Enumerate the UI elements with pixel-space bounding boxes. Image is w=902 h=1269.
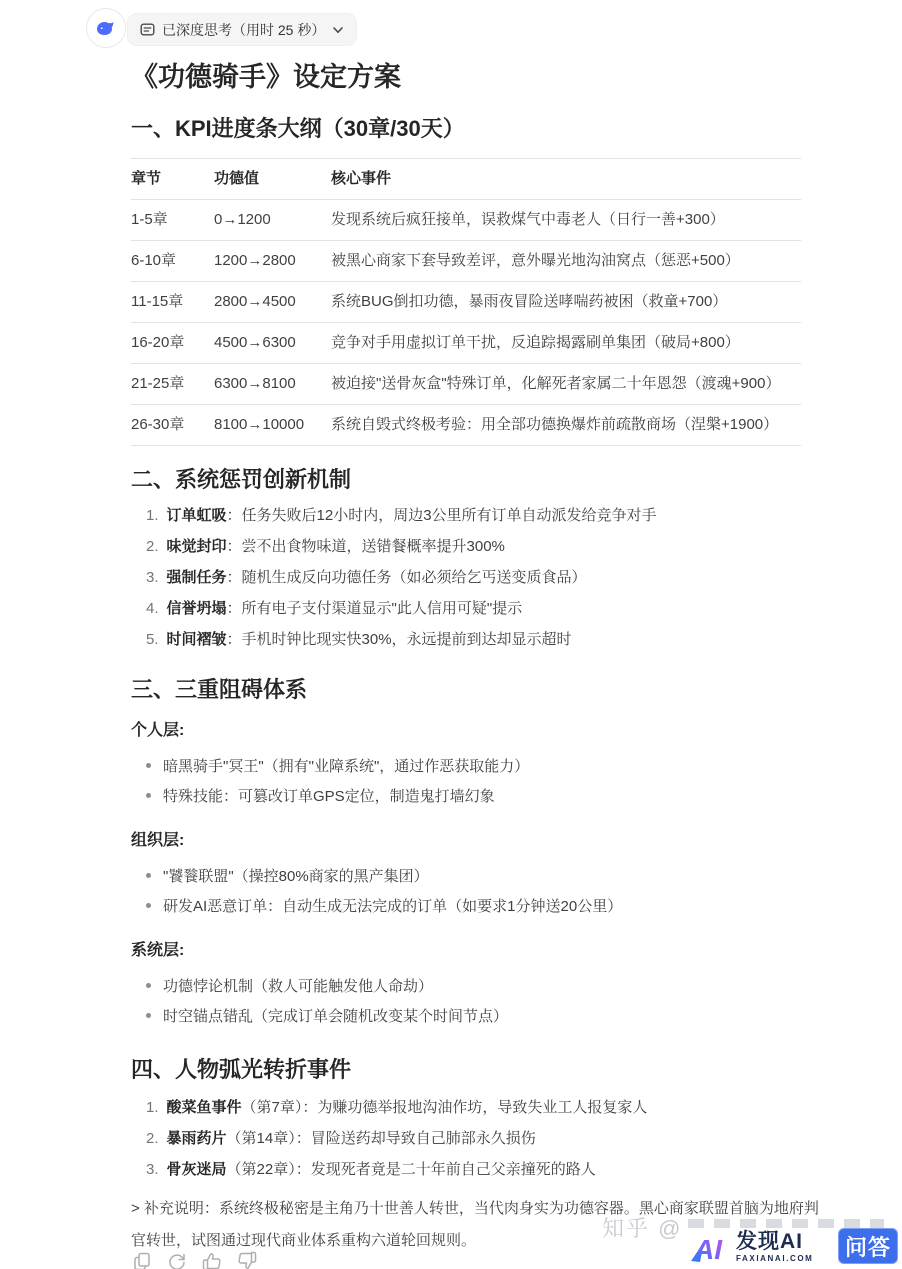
cell-event: 被迫接"送骨灰盒"特殊订单，化解死者家属二十年恩怨（渡魂+900）	[331, 364, 801, 405]
deepthink-icon	[140, 22, 155, 37]
layer-label-organization: 组织层:	[131, 831, 827, 851]
item-desc: （第14章）：冒险送药却导致自己肺部永久损伤	[227, 1130, 536, 1147]
table-header-row: 章节 功德值 核心事件	[131, 159, 801, 200]
arc-event-list: 1.酸菜鱼事件（第7章）：为赚功德举报地沟油作坊，导致失业工人报复家人 2.暴雨…	[131, 1098, 827, 1180]
item-term: 酸菜鱼事件	[167, 1099, 242, 1116]
list-item: 功德悖论机制（救人可能触发他人命劫）	[146, 977, 827, 997]
table-row: 11-15章 2800→4500 系统BUG倒扣功德，暴雨夜冒险送哮喘药被困（救…	[131, 282, 801, 323]
list-item: 暗黑骑手"冥王"（拥有"业障系统"，通过作恶获取能力）	[146, 757, 827, 777]
cell-chapter: 6-10章	[131, 241, 214, 282]
item-term: 暴雨药片	[167, 1130, 227, 1147]
list-item: 4.信誉坍塌：所有电子支付渠道显示"此人信用可疑"提示	[131, 599, 827, 619]
svg-text:AI: AI	[693, 1234, 723, 1264]
col-header: 核心事件	[331, 159, 801, 200]
section1-heading: 一、KPI进度条大纲（30章/30天）	[131, 115, 827, 143]
cell-merit: 8100→10000	[214, 405, 331, 446]
list-item: 时空锚点错乱（完成订单会随机改变某个时间节点）	[146, 1007, 827, 1027]
item-term: 强制任务	[167, 569, 227, 586]
cell-chapter: 16-20章	[131, 323, 214, 364]
deep-think-toggle[interactable]: 已深度思考（用时 25 秒）	[127, 13, 357, 46]
cell-event: 竞争对手用虚拟订单干扰，反追踪揭露刷单集团（破局+800）	[331, 323, 801, 364]
cell-merit: 2800→4500	[214, 282, 331, 323]
layer-label-system: 系统层:	[131, 941, 827, 961]
bullet-list: 功德悖论机制（救人可能触发他人命劫） 时空锚点错乱（完成订单会随机改变某个时间节…	[131, 977, 827, 1027]
table-row: 16-20章 4500→6300 竞争对手用虚拟订单干扰，反追踪揭露刷单集团（破…	[131, 323, 801, 364]
list-item: 1.订单虹吸：任务失败后12小时内，周边3公里所有订单自动派发给竞争对手	[131, 506, 827, 526]
message-actions	[131, 1250, 258, 1269]
list-item: 2.暴雨药片（第14章）：冒险送药却导致自己肺部永久损伤	[131, 1129, 827, 1149]
table-row: 6-10章 1200→2800 被黑心商家下套导致差评，意外曝光地沟油窝点（惩恶…	[131, 241, 801, 282]
layer-label-personal: 个人层:	[131, 721, 827, 741]
faxianai-logo: AI 发现AI FAXIANAI.COM	[685, 1229, 817, 1266]
list-item: 3.强制任务：随机生成反向功德任务（如必须给乞丐送变质食品）	[131, 568, 827, 588]
watermark-obscured-text	[688, 1219, 884, 1228]
table-row: 26-30章 8100→10000 系统自毁式终极考验：用全部功德换爆炸前疏散商…	[131, 405, 801, 446]
page-title: 《功德骑手》设定方案	[131, 62, 827, 92]
item-number: 2.	[146, 1130, 159, 1147]
item-desc: （第7章）：为赚功德举报地沟油作坊，导致失业工人报复家人	[242, 1099, 648, 1116]
list-item: 1.酸菜鱼事件（第7章）：为赚功德举报地沟油作坊，导致失业工人报复家人	[131, 1098, 827, 1118]
cell-chapter: 21-25章	[131, 364, 214, 405]
cell-merit: 1200→2800	[214, 241, 331, 282]
thumbs-up-icon[interactable]	[201, 1250, 223, 1269]
section3-heading: 三、三重阻碍体系	[131, 676, 827, 704]
faxianai-name: 发现AI	[736, 1231, 803, 1252]
faxianai-mark-icon: AI	[689, 1232, 729, 1264]
table-row: 21-25章 6300→8100 被迫接"送骨灰盒"特殊订单，化解死者家属二十年…	[131, 364, 801, 405]
item-desc: ：所有电子支付渠道显示"此人信用可疑"提示	[227, 600, 523, 617]
deep-think-label: 已深度思考（用时 25 秒）	[162, 20, 325, 40]
item-number: 1.	[146, 507, 159, 524]
item-number: 1.	[146, 1099, 159, 1116]
list-item: "饕餮联盟"（操控80%商家的黑产集团）	[146, 867, 827, 887]
chevron-down-icon	[332, 24, 344, 36]
watermark-text: 知乎 @	[602, 1212, 682, 1243]
cell-merit: 4500→6300	[214, 323, 331, 364]
answer-body: 《功德骑手》设定方案 一、KPI进度条大纲（30章/30天） 章节 功德值 核心…	[131, 0, 827, 1257]
item-term: 骨灰迷局	[167, 1161, 227, 1178]
copy-icon[interactable]	[131, 1250, 153, 1269]
punishment-list: 1.订单虹吸：任务失败后12小时内，周边3公里所有订单自动派发给竞争对手 2.味…	[131, 506, 827, 650]
item-desc: （第22章）：发现死者竟是二十年前自己父亲撞死的路人	[227, 1161, 596, 1178]
item-desc: ：手机时钟比现实快30%，永远提前到达却显示超时	[227, 631, 572, 648]
cell-chapter: 11-15章	[131, 282, 214, 323]
kpi-table: 章节 功德值 核心事件 1-5章 0→1200 发现系统后疯狂接单，误救煤气中毒…	[131, 158, 801, 446]
item-term: 订单虹吸	[167, 507, 227, 524]
cell-merit: 6300→8100	[214, 364, 331, 405]
list-item: 2.味觉封印：尝不出食物味道，送错餐概率提升300%	[131, 537, 827, 557]
col-header: 章节	[131, 159, 214, 200]
thumbs-down-icon[interactable]	[236, 1250, 258, 1269]
list-item: 5.时间褶皱：手机时钟比现实快30%，永远提前到达却显示超时	[131, 630, 827, 650]
faxianai-domain: FAXIANAI.COM	[736, 1254, 813, 1264]
cell-chapter: 26-30章	[131, 405, 214, 446]
item-desc: ：尝不出食物味道，送错餐概率提升300%	[227, 538, 505, 555]
item-number: 2.	[146, 538, 159, 555]
cell-event: 被黑心商家下套导致差评，意外曝光地沟油窝点（惩恶+500）	[331, 241, 801, 282]
cell-merit: 0→1200	[214, 200, 331, 241]
list-item: 研发AI恶意订单：自动生成无法完成的订单（如要求1分钟送20公里）	[146, 897, 827, 917]
cell-chapter: 1-5章	[131, 200, 214, 241]
qa-badge: 问答	[838, 1228, 898, 1264]
item-number: 5.	[146, 631, 159, 648]
section4-heading: 四、人物弧光转折事件	[131, 1056, 827, 1084]
item-number: 3.	[146, 1161, 159, 1178]
item-desc: ：随机生成反向功德任务（如必须给乞丐送变质食品）	[227, 569, 587, 586]
table-row: 1-5章 0→1200 发现系统后疯狂接单，误救煤气中毒老人（日行一善+300）	[131, 200, 801, 241]
regenerate-icon[interactable]	[166, 1250, 188, 1269]
cell-event: 发现系统后疯狂接单，误救煤气中毒老人（日行一善+300）	[331, 200, 801, 241]
assistant-avatar	[86, 8, 126, 48]
section2-heading: 二、系统惩罚创新机制	[131, 466, 827, 494]
bullet-list: 暗黑骑手"冥王"（拥有"业障系统"，通过作恶获取能力） 特殊技能：可篡改订单GP…	[131, 757, 827, 807]
cell-event: 系统BUG倒扣功德，暴雨夜冒险送哮喘药被困（救童+700）	[331, 282, 801, 323]
item-desc: ：任务失败后12小时内，周边3公里所有订单自动派发给竞争对手	[227, 507, 657, 524]
item-number: 4.	[146, 600, 159, 617]
item-term: 味觉封印	[167, 538, 227, 555]
item-term: 信誉坍塌	[167, 600, 227, 617]
deepseek-whale-icon	[94, 16, 118, 40]
item-number: 3.	[146, 569, 159, 586]
cell-event: 系统自毁式终极考验：用全部功德换爆炸前疏散商场（涅槃+1900）	[331, 405, 801, 446]
item-term: 时间褶皱	[167, 631, 227, 648]
col-header: 功德值	[214, 159, 331, 200]
list-item: 特殊技能：可篡改订单GPS定位，制造鬼打墙幻象	[146, 787, 827, 807]
bullet-list: "饕餮联盟"（操控80%商家的黑产集团） 研发AI恶意订单：自动生成无法完成的订…	[131, 867, 827, 917]
list-item: 3.骨灰迷局（第22章）：发现死者竟是二十年前自己父亲撞死的路人	[131, 1160, 827, 1180]
